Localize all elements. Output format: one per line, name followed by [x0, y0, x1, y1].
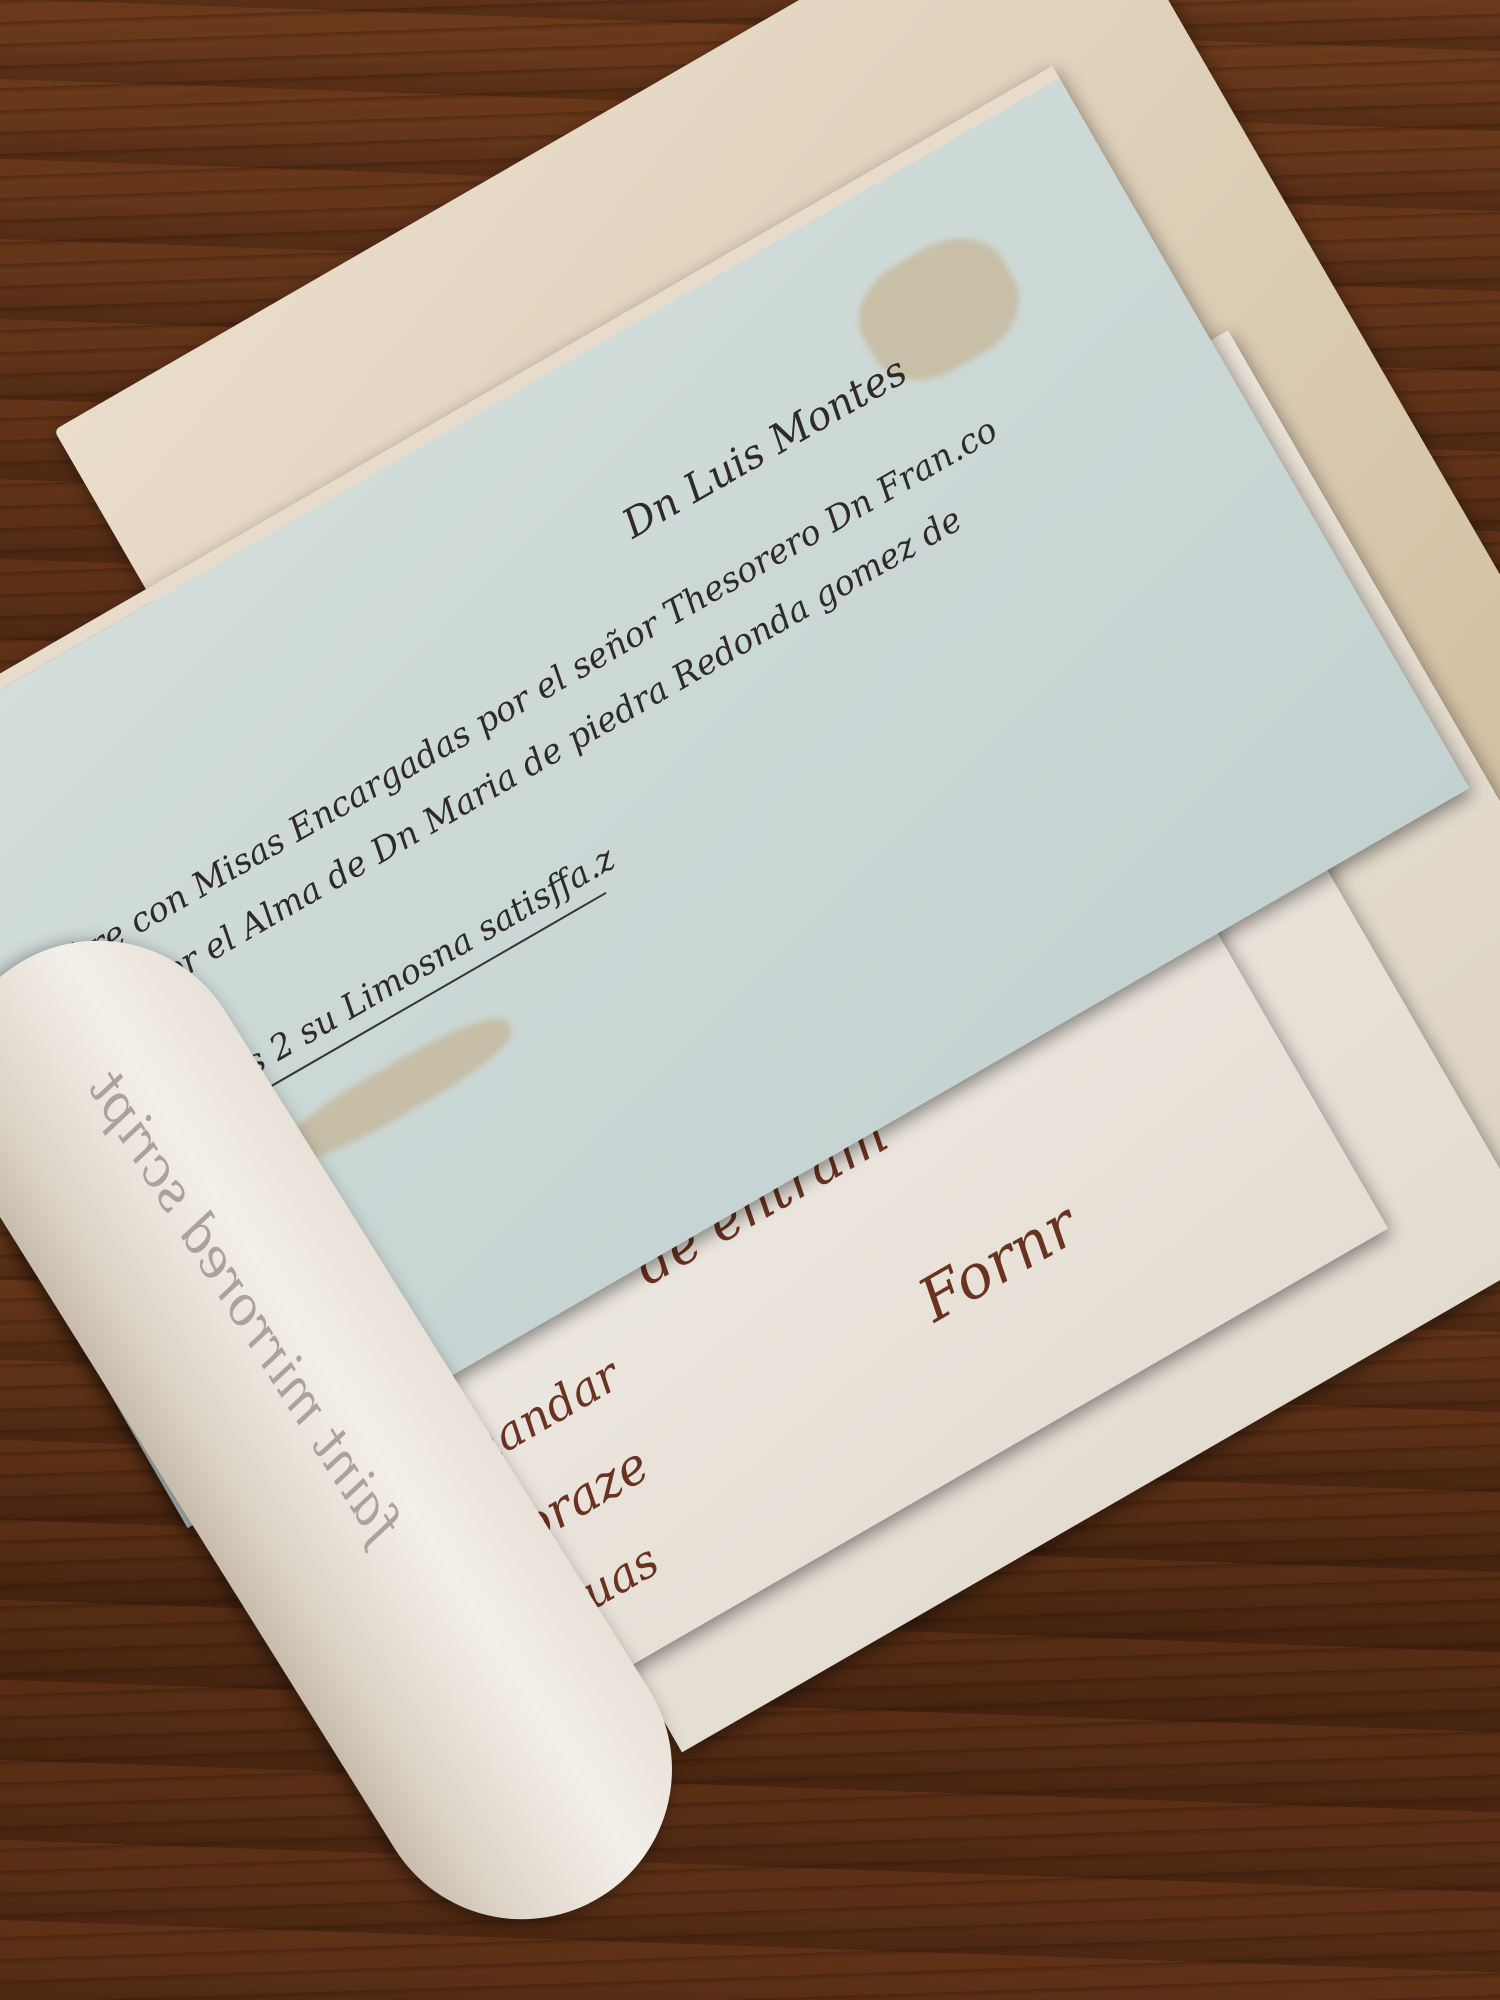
- brown-signature: Fornr: [907, 1190, 1090, 1336]
